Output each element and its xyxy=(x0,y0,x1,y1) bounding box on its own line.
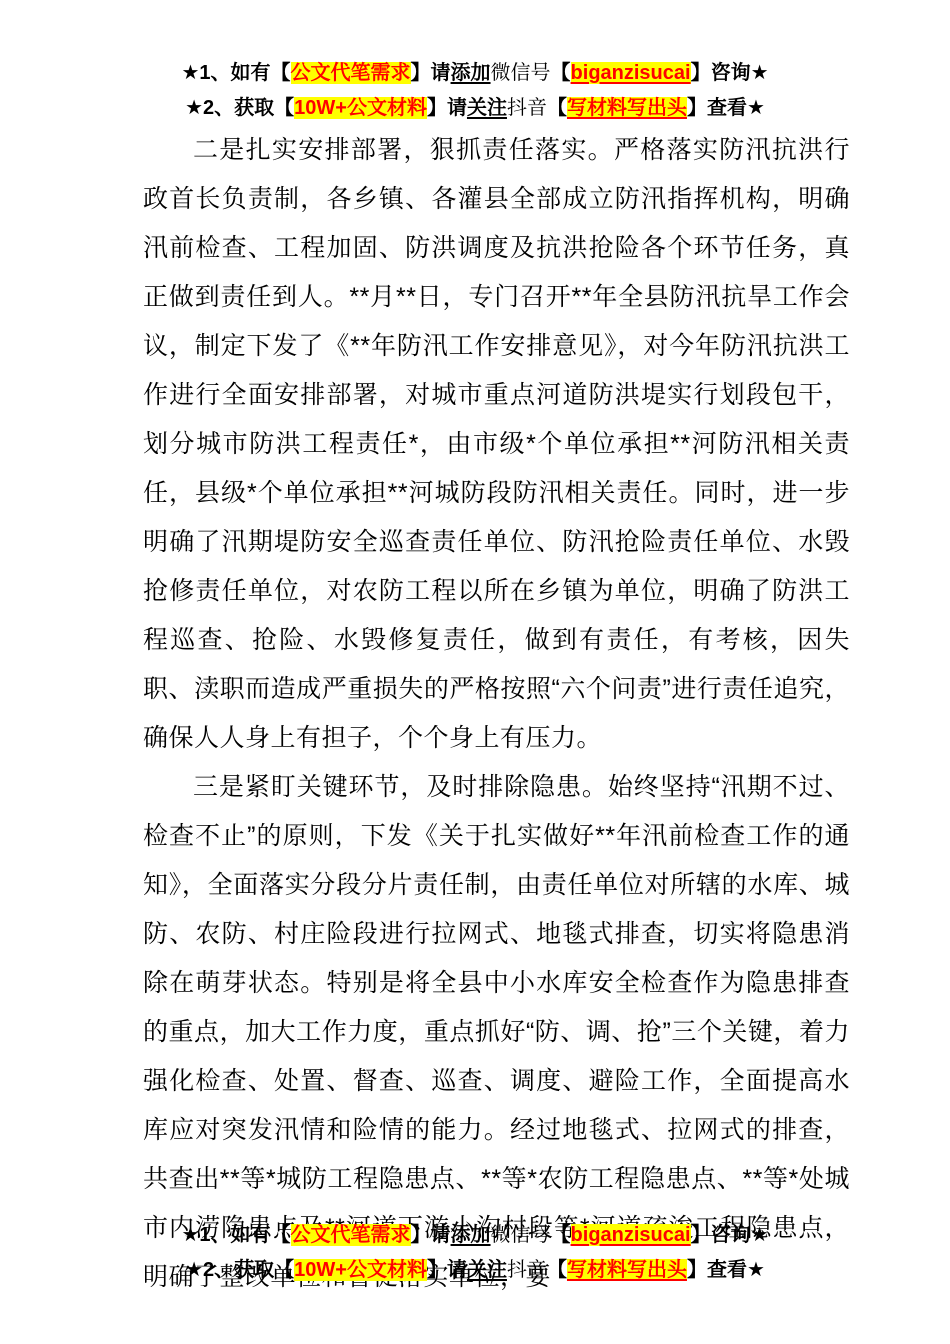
promo-segment: 抖音 xyxy=(507,1259,547,1281)
promo-segment: 【 xyxy=(547,97,567,119)
promo-segment: 】查看★ xyxy=(687,1259,765,1281)
promo-segment: 公文代笔需求 xyxy=(291,1224,411,1246)
promo-segment: 公文代笔需求 xyxy=(291,62,411,84)
promo-segment: 添加 xyxy=(451,1224,491,1246)
promo-segment: ★2、获取【 xyxy=(185,1259,294,1281)
document-page: ★1、如有【公文代笔需求】请添加微信号【biganzisucai】咨询★ ★2、… xyxy=(0,0,950,1344)
promo-segment: 】请 xyxy=(411,62,451,84)
promo-segment: 写材料写出头 xyxy=(567,1259,687,1281)
promo-segment: 【 xyxy=(551,62,571,84)
promo-segment: 】咨询★ xyxy=(691,1224,769,1246)
promo-segment: 】查看★ xyxy=(687,97,765,119)
body-paragraph: 二是扎实安排部署，狠抓责任落实。严格落实防汛抗洪行政首长负责制，各乡镇、各灌县全… xyxy=(143,126,850,763)
promo-segment: 】请 xyxy=(411,1224,451,1246)
promo-header-line-2: ★2、获取【10W+公文材料】请关注抖音【写材料写出头】查看★ xyxy=(0,91,950,126)
document-body: 二是扎实安排部署，狠抓责任落实。严格落实防汛抗洪行政首长负责制，各乡镇、各灌县全… xyxy=(143,126,850,1302)
promo-segment: ★1、如有【 xyxy=(181,1224,290,1246)
promo-segment: 【 xyxy=(547,1259,567,1281)
promo-footer-line-2: ★2、获取【10W+公文材料】请关注抖音【写材料写出头】查看★ xyxy=(0,1253,950,1288)
promo-segment: biganzisucai xyxy=(571,62,691,84)
promo-segment: 关注 xyxy=(467,1259,507,1281)
promo-header: ★1、如有【公文代笔需求】请添加微信号【biganzisucai】咨询★ ★2、… xyxy=(0,0,950,126)
promo-segment: 抖音 xyxy=(507,97,547,119)
promo-segment: biganzisucai xyxy=(571,1224,691,1246)
promo-segment: 】请 xyxy=(427,97,467,119)
promo-header-line-1: ★1、如有【公文代笔需求】请添加微信号【biganzisucai】咨询★ xyxy=(0,56,950,91)
promo-segment: 关注 xyxy=(467,97,507,119)
promo-segment: 微信号 xyxy=(491,62,551,84)
promo-segment: 【 xyxy=(551,1224,571,1246)
promo-footer: ★1、如有【公文代笔需求】请添加微信号【biganzisucai】咨询★ ★2、… xyxy=(0,1218,950,1288)
promo-segment: 10W+公文材料 xyxy=(294,97,427,119)
promo-segment: 】咨询★ xyxy=(691,62,769,84)
promo-footer-line-1: ★1、如有【公文代笔需求】请添加微信号【biganzisucai】咨询★ xyxy=(0,1218,950,1253)
promo-segment: ★2、获取【 xyxy=(185,97,294,119)
promo-segment: 添加 xyxy=(451,62,491,84)
promo-segment: 】请 xyxy=(427,1259,467,1281)
promo-segment: ★1、如有【 xyxy=(181,62,290,84)
promo-segment: 写材料写出头 xyxy=(567,97,687,119)
promo-segment: 10W+公文材料 xyxy=(294,1259,427,1281)
promo-segment: 微信号 xyxy=(491,1224,551,1246)
